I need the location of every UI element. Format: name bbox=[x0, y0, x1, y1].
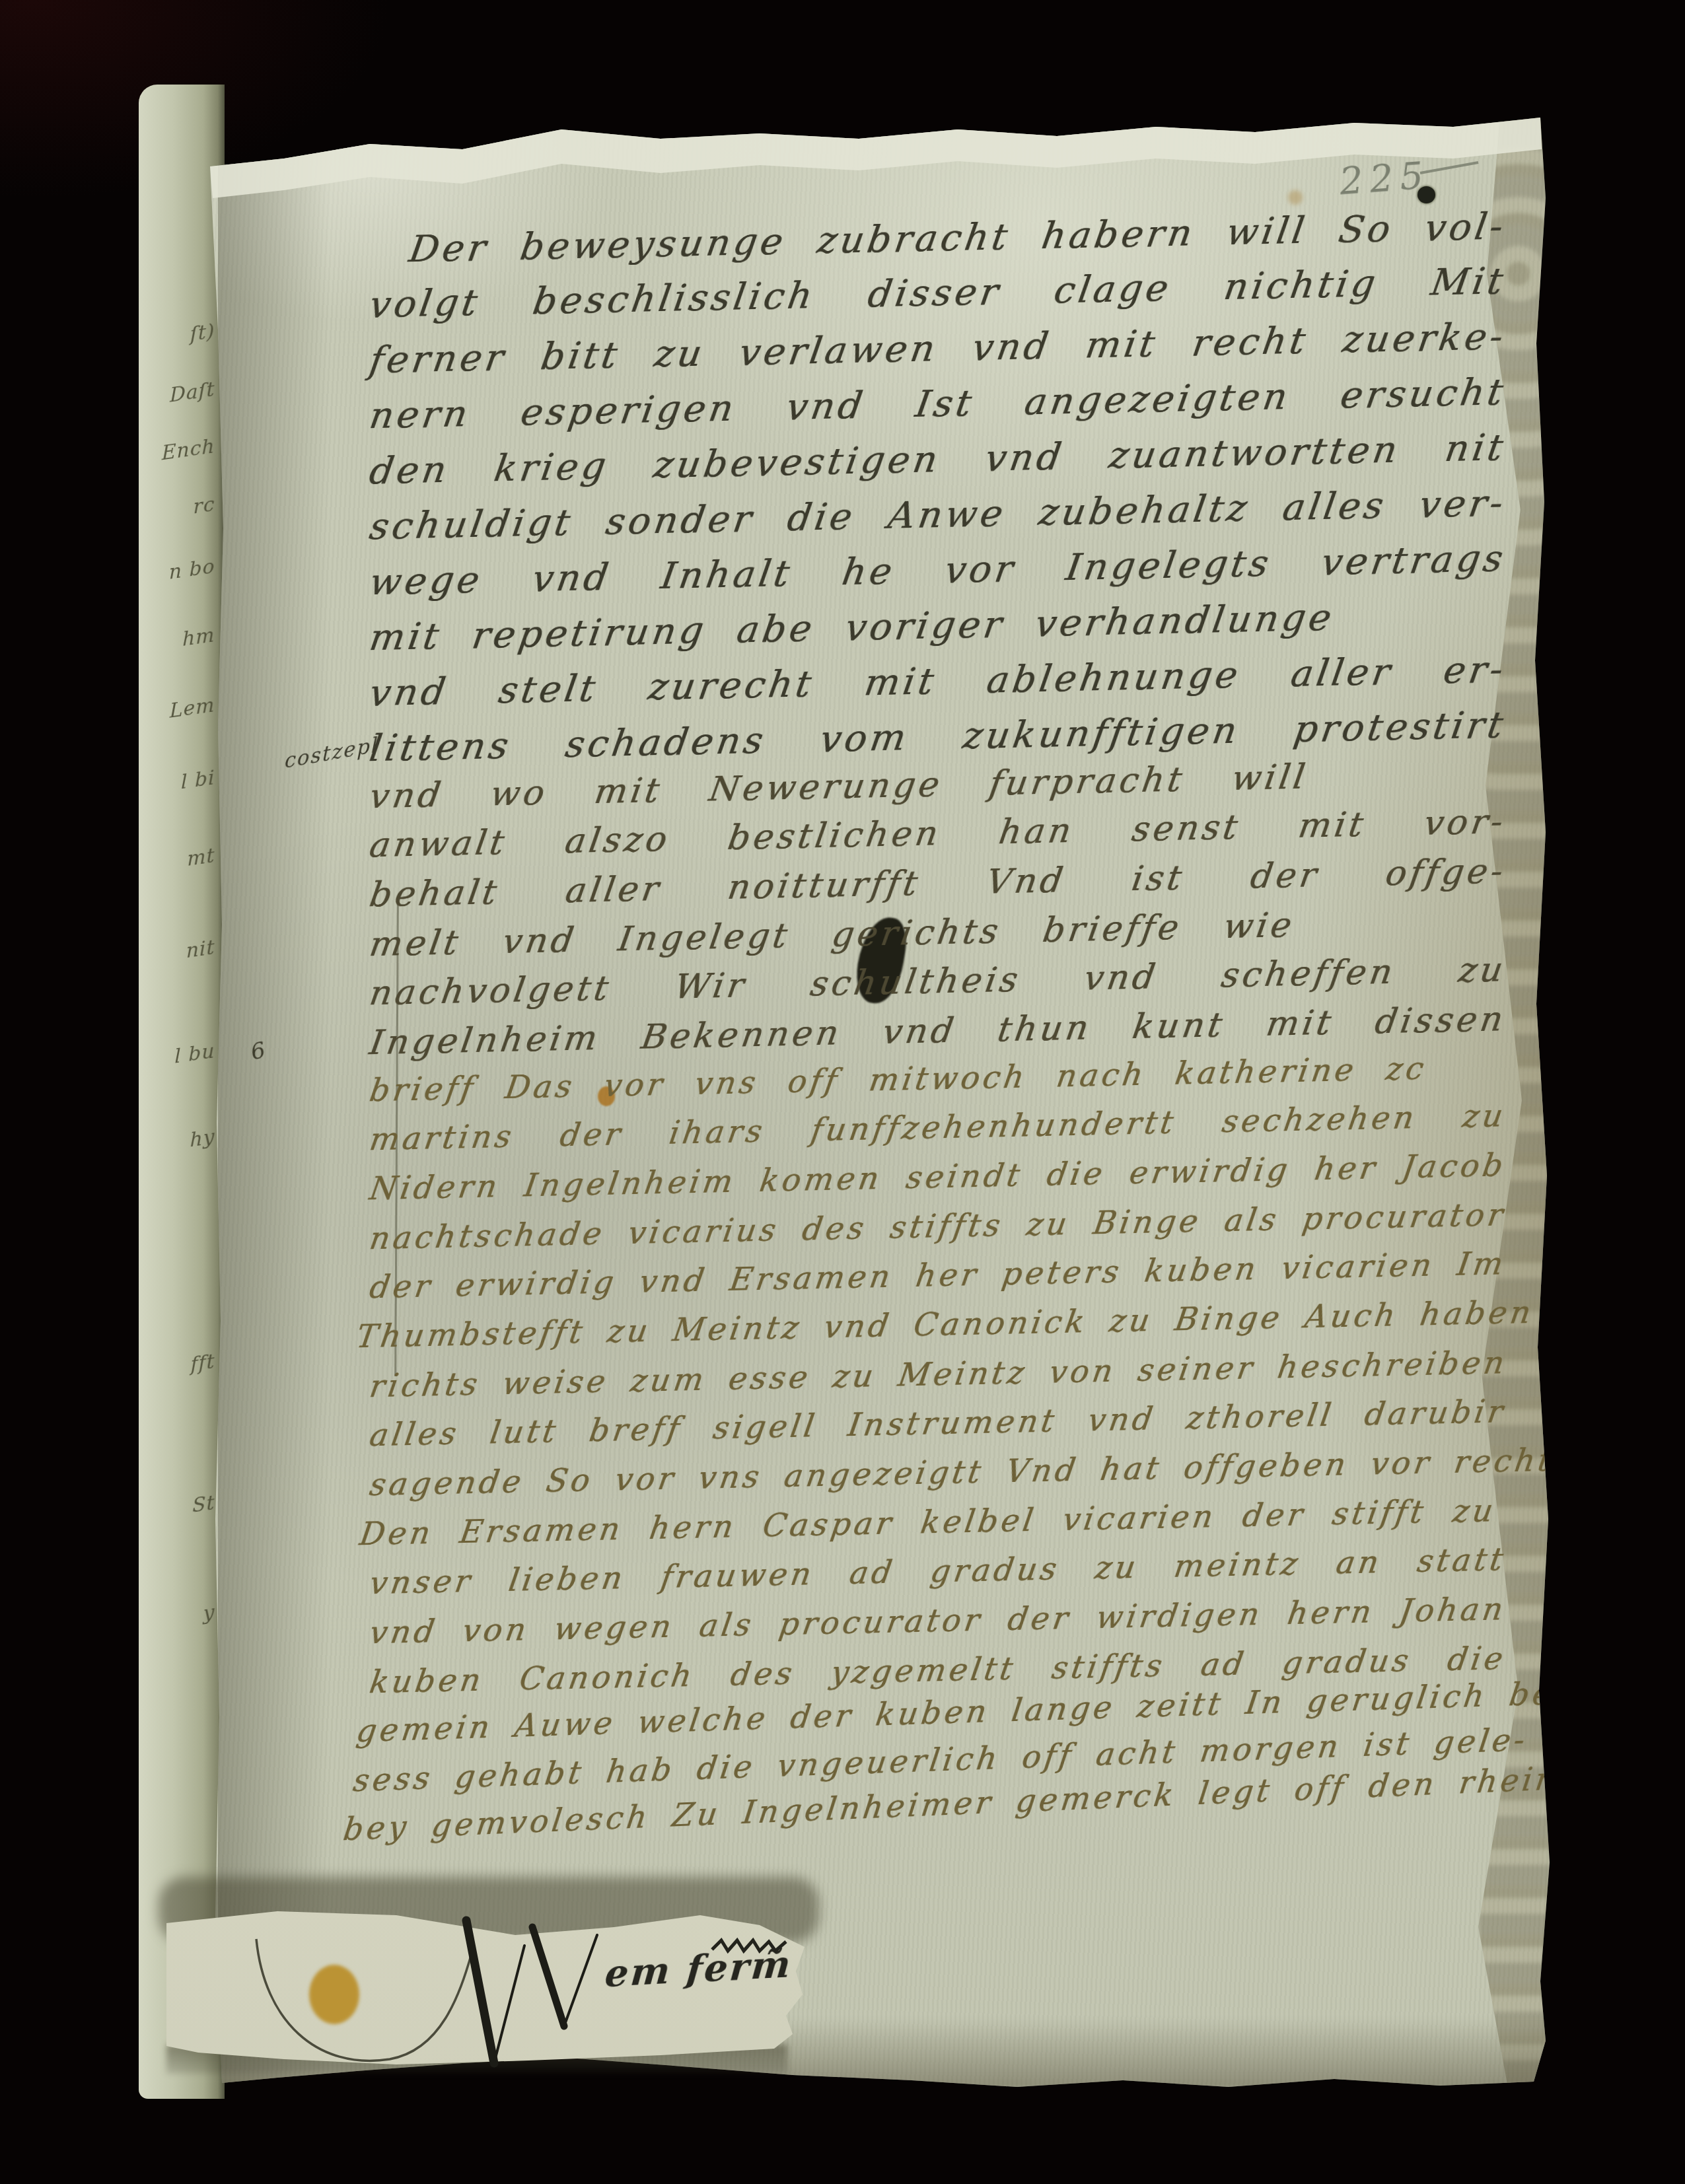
manuscript-text-line: melt vnd Ingelegt gerichts brieffe wie bbox=[367, 905, 1297, 965]
ink-blot-small bbox=[1417, 186, 1435, 203]
amber-stain bbox=[309, 1965, 359, 2024]
manuscript-text-line: martins der ihars funffzehenhundertt sec… bbox=[367, 1098, 1509, 1158]
manuscript-text-line: Den Ersamen hern Caspar kelbel vicarien … bbox=[357, 1493, 1499, 1553]
slip-handwriting: em ferm̃ bbox=[603, 1942, 794, 1995]
manuscript-text-line: richts weise zum esse zu Meintz von sein… bbox=[367, 1345, 1509, 1405]
manuscript-text-line: der erwirdig vnd Ersamen her peters kube… bbox=[367, 1246, 1509, 1306]
manuscript-text-line: wege vnd Inhalt he vor Ingelegts vertrag… bbox=[367, 537, 1509, 604]
manuscript-text-line: littens schadens vom zukunfftigen protes… bbox=[367, 703, 1509, 770]
manuscript-text-line: volgt beschlisslich disser clage nichtig… bbox=[367, 260, 1509, 326]
manuscript-text-line: schuldigt sonder die Anwe zubehaltz alle… bbox=[367, 481, 1509, 548]
manuscript-text-line: vnd von wegen als procurator der wirdige… bbox=[367, 1591, 1509, 1651]
manuscript-text-line: vnser lieben frauwen ad gradus zu meintz… bbox=[367, 1541, 1509, 1602]
manuscript-text-line: nachtschade vicarius des stiffts zu Bing… bbox=[367, 1197, 1509, 1257]
gutter-shadow bbox=[218, 132, 330, 2087]
manuscript-text-line: vnd stelt zurecht mit ablehnunge aller e… bbox=[367, 648, 1509, 715]
manuscript-text-line: sagende So vor vns angezeigtt Vnd hat of… bbox=[367, 1443, 1509, 1503]
manuscript-text-line: den krieg zubevestigen vnd zuantwortten … bbox=[367, 426, 1509, 493]
manuscript-text-line: ferner bitt zu verlawen vnd mit recht zu… bbox=[367, 315, 1509, 382]
manuscript-text-line: mit repetirung abe voriger verhandlunge bbox=[367, 596, 1338, 659]
manuscript-text-line: Der beweysunge zubracht habern will So v… bbox=[406, 205, 1509, 271]
paper-stain-small bbox=[1288, 190, 1303, 205]
manuscript-text-line: Nidern Ingelnheim komen seindt die erwir… bbox=[367, 1147, 1509, 1207]
manuscript-text-line: nern esperigen vnd Ist angezeigten ersuc… bbox=[367, 370, 1509, 437]
manuscript-page: 225 6 costzepl Der beweysunge zubracht h… bbox=[0, 0, 1685, 2184]
manuscript-text-line: Thumbstefft zu Meintz vnd Canonick zu Bi… bbox=[354, 1294, 1509, 1355]
photograph-background: ſt) Daſt Ench rc n bo hm Lem l bi mt nit… bbox=[0, 0, 1685, 2184]
manuscript-text-line: alles lutt breff sigell Instrument vnd z… bbox=[367, 1393, 1509, 1454]
